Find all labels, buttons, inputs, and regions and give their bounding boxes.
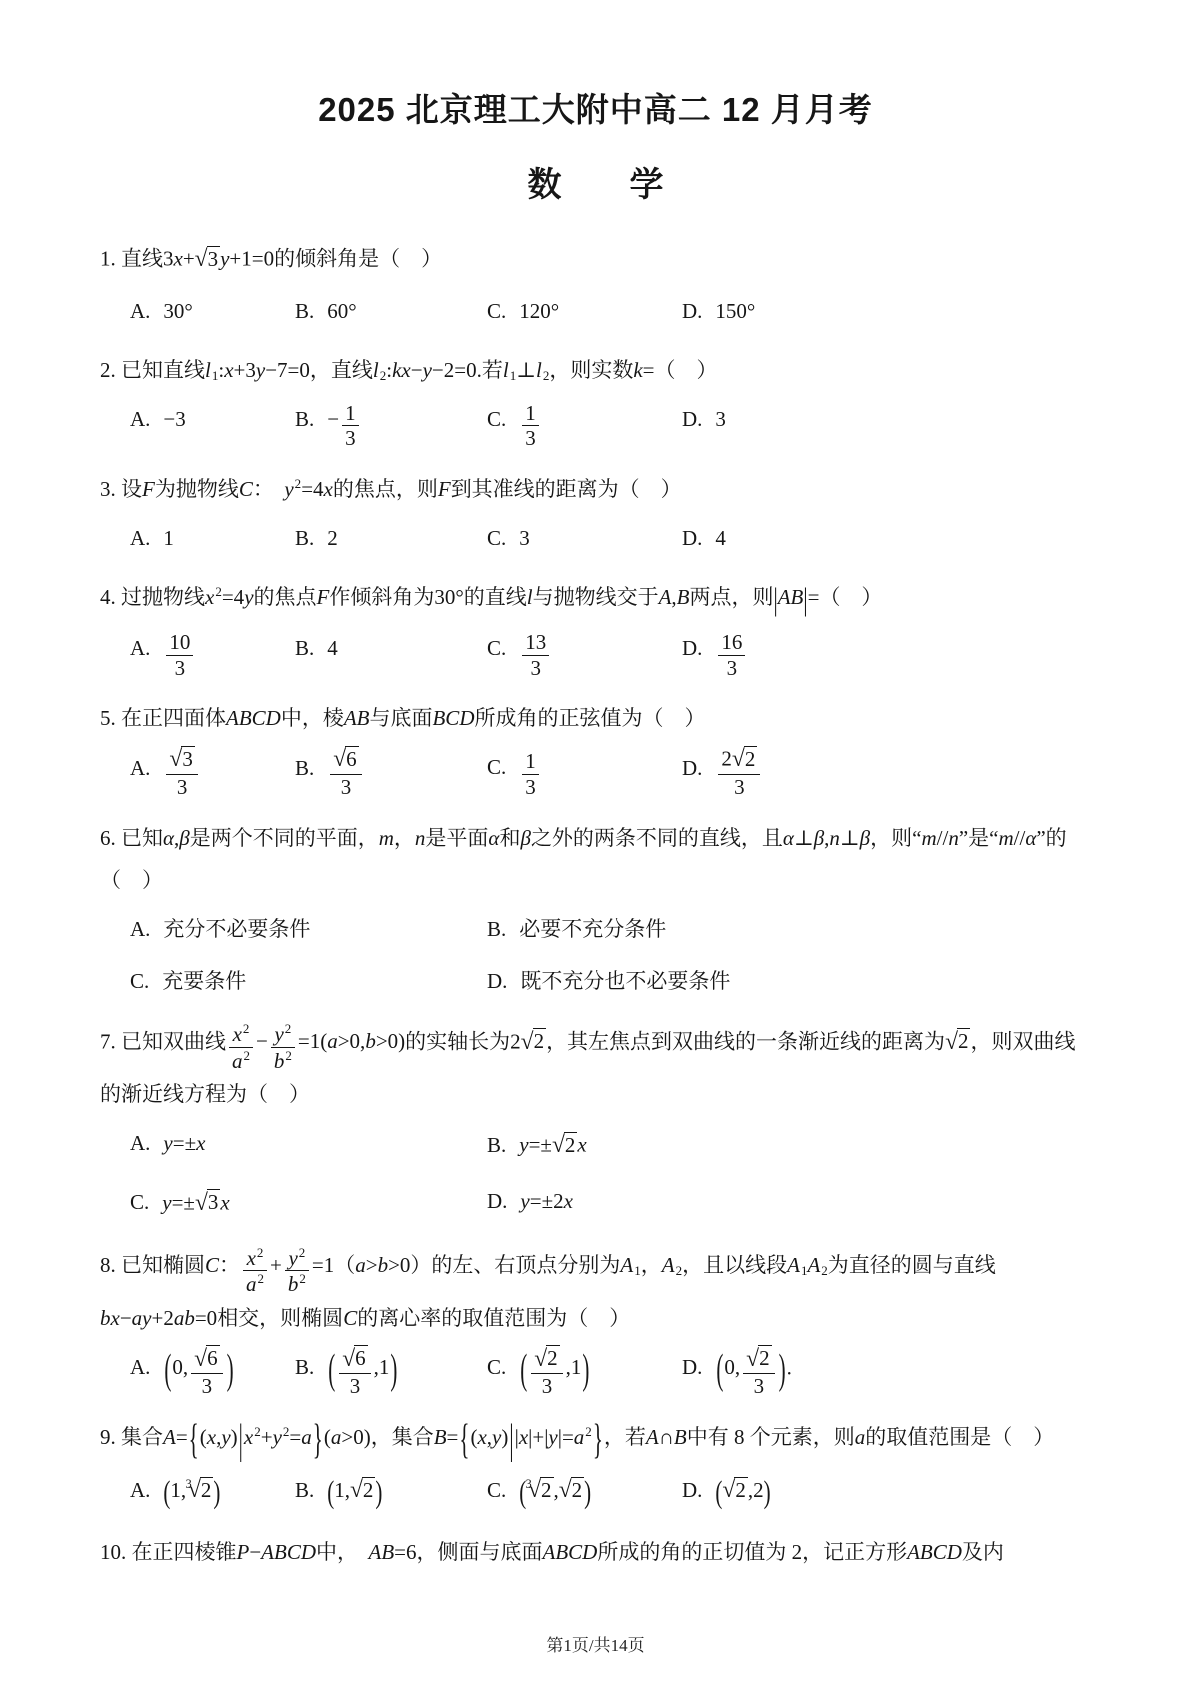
question-5-option-B: B.√63 xyxy=(295,741,487,805)
option-label: C. xyxy=(487,755,506,779)
question-4-option-B: B.4 xyxy=(295,622,487,685)
question-4-option-D: D.163 xyxy=(682,622,1091,685)
option-label: A. xyxy=(130,407,150,431)
option-label: D. xyxy=(682,1355,702,1379)
question-6: 6. 已知α,β是两个不同的平面，m，n是平面α和β之外的两条不同的直线，且α⊥… xyxy=(100,817,1091,1007)
question-2-option-D: D.3 xyxy=(682,393,1091,456)
option-label: C. xyxy=(487,407,506,431)
question-7-option-B: B.y=±√2x xyxy=(487,1117,1091,1174)
question-4: 4. 过抛物线x2=4y的焦点F作倾斜角为30°的直线l与抛物线交于A,B两点，… xyxy=(100,576,1091,685)
question-4-option-C: C.133 xyxy=(487,622,682,685)
question-1-option-D: D.150° xyxy=(682,285,1091,337)
question-2-option-C: C.13 xyxy=(487,393,682,456)
question-list: 1. 直线3x+√3y+1=0的倾斜角是（ ）A.30°B.60°C.120°D… xyxy=(100,236,1091,1573)
option-label: C. xyxy=(487,526,506,550)
question-3-option-A: A.1 xyxy=(130,512,295,564)
question-3-option-C: C.3 xyxy=(487,512,682,564)
question-7: 7. 已知双曲线x2a2−y2b2=1(a>0,b>0)的实轴长为2√2，其左焦… xyxy=(100,1019,1091,1232)
question-7-option-D: D.y=±2x xyxy=(487,1175,1091,1232)
question-1-options: A.30°B.60°C.120°D.150° xyxy=(130,285,1091,337)
option-label: A. xyxy=(130,756,150,780)
question-2-options: A.−3B.−13C.13D.3 xyxy=(130,393,1091,456)
option-label: D. xyxy=(682,407,702,431)
question-8-option-C: C.(√23,1) xyxy=(487,1341,682,1405)
question-4-option-A: A.103 xyxy=(130,622,295,685)
question-5-options: A.√33B.√63C.13D.2√23 xyxy=(130,741,1091,805)
question-3-stem: 3. 设F为抛物线C： y2=4x的焦点，则F到其准线的距离为（ ） xyxy=(100,468,1091,510)
option-label: D. xyxy=(682,636,702,660)
question-4-options: A.103B.4C.133D.163 xyxy=(130,622,1091,685)
question-1-option-C: C.120° xyxy=(487,285,682,337)
option-label: D. xyxy=(682,756,702,780)
option-label: D. xyxy=(682,1478,702,1502)
option-label: B. xyxy=(295,407,314,431)
question-3-option-D: D.4 xyxy=(682,512,1091,564)
option-label: D. xyxy=(487,1189,507,1213)
question-5: 5. 在正四面体ABCD中，棱AB与底面BCD所成角的正弦值为（ ）A.√33B… xyxy=(100,697,1091,805)
option-label: A. xyxy=(130,1478,150,1502)
option-label: B. xyxy=(295,1478,314,1502)
exam-title: 2025 北京理工大附中高二 12 月月考 xyxy=(100,84,1091,131)
question-8: 8. 已知椭圆C：x2a2+y2b2=1（a>b>0）的左、右顶点分别为A1，A… xyxy=(100,1244,1091,1405)
option-label: A. xyxy=(130,917,150,941)
option-label: B. xyxy=(295,526,314,550)
exam-subtitle: 数 学 xyxy=(100,157,1091,206)
option-label: D. xyxy=(682,299,702,323)
question-5-option-D: D.2√23 xyxy=(682,741,1091,805)
question-4-stem: 4. 过抛物线x2=4y的焦点F作倾斜角为30°的直线l与抛物线交于A,B两点，… xyxy=(100,576,1091,620)
option-label: B. xyxy=(487,917,506,941)
question-9-stem: 9. 集合A={(x,y)|x2+y2=a}(a>0)，集合B={(x,y)||… xyxy=(100,1416,1091,1460)
option-label: A. xyxy=(130,1131,150,1155)
question-6-option-B: B.必要不充分条件 xyxy=(487,903,1091,955)
option-label: B. xyxy=(295,299,314,323)
option-label: A. xyxy=(130,1355,150,1379)
question-9-options: A.(1,3√2)B.(1,√2)C.(3√2,√2)D.(√2,2) xyxy=(130,1462,1091,1519)
question-1-option-B: B.60° xyxy=(295,285,487,337)
question-8-options: A.(0,√63)B.(√63,1)C.(√23,1)D.(0,√23). xyxy=(130,1341,1091,1405)
option-label: C. xyxy=(487,1478,506,1502)
option-label: A. xyxy=(130,526,150,550)
question-7-stem: 7. 已知双曲线x2a2−y2b2=1(a>0,b>0)的实轴长为2√2，其左焦… xyxy=(100,1019,1091,1116)
question-8-option-D: D.(0,√23). xyxy=(682,1341,1091,1405)
option-label: C. xyxy=(487,1355,506,1379)
question-1-stem: 1. 直线3x+√3y+1=0的倾斜角是（ ） xyxy=(100,236,1091,283)
question-9-option-C: C.(3√2,√2) xyxy=(487,1462,682,1519)
question-6-option-D: D.既不充分也不必要条件 xyxy=(487,955,1091,1007)
option-label: C. xyxy=(487,299,506,323)
question-2-stem: 2. 已知直线l1:x+3y−7=0，直线l2:kx−y−2=0.若l1⊥l2，… xyxy=(100,349,1091,391)
question-2-option-B: B.−13 xyxy=(295,393,487,456)
question-1-option-A: A.30° xyxy=(130,285,295,337)
option-label: B. xyxy=(295,1355,314,1379)
question-2-option-A: A.−3 xyxy=(130,393,295,456)
question-3-option-B: B.2 xyxy=(295,512,487,564)
option-label: A. xyxy=(130,299,150,323)
question-8-option-B: B.(√63,1) xyxy=(295,1341,487,1405)
exam-sheet: 2025 北京理工大附中高二 12 月月考 数 学 1. 直线3x+√3y+1=… xyxy=(0,0,1191,1573)
option-label: A. xyxy=(130,636,150,660)
page-footer: 第1页/共14页 xyxy=(0,1631,1191,1656)
option-label: B. xyxy=(295,756,314,780)
option-label: D. xyxy=(487,969,507,993)
question-6-stem: 6. 已知α,β是两个不同的平面，m，n是平面α和β之外的两条不同的直线，且α⊥… xyxy=(100,817,1091,901)
question-9: 9. 集合A={(x,y)|x2+y2=a}(a>0)，集合B={(x,y)||… xyxy=(100,1416,1091,1519)
option-label: C. xyxy=(130,1190,149,1214)
question-10-stem: 10. 在正四棱锥P−ABCD中， AB=6，侧面与底面ABCD所成的角的正切值… xyxy=(100,1531,1091,1573)
question-6-option-C: C.充要条件 xyxy=(130,955,487,1007)
question-8-option-A: A.(0,√63) xyxy=(130,1341,295,1405)
question-7-option-C: C.y=±√3x xyxy=(130,1175,487,1232)
option-label: B. xyxy=(487,1133,506,1157)
option-label: B. xyxy=(295,636,314,660)
option-label: C. xyxy=(487,636,506,660)
question-7-option-A: A.y=±x xyxy=(130,1117,487,1174)
question-6-option-A: A.充分不必要条件 xyxy=(130,903,487,955)
question-9-option-A: A.(1,3√2) xyxy=(130,1462,295,1519)
question-10: 10. 在正四棱锥P−ABCD中， AB=6，侧面与底面ABCD所成的角的正切值… xyxy=(100,1531,1091,1573)
question-3-options: A.1B.2C.3D.4 xyxy=(130,512,1091,564)
question-9-option-D: D.(√2,2) xyxy=(682,1462,1091,1519)
question-5-stem: 5. 在正四面体ABCD中，棱AB与底面BCD所成角的正弦值为（ ） xyxy=(100,697,1091,739)
question-1: 1. 直线3x+√3y+1=0的倾斜角是（ ）A.30°B.60°C.120°D… xyxy=(100,236,1091,337)
question-3: 3. 设F为抛物线C： y2=4x的焦点，则F到其准线的距离为（ ）A.1B.2… xyxy=(100,468,1091,564)
question-2: 2. 已知直线l1:x+3y−7=0，直线l2:kx−y−2=0.若l1⊥l2，… xyxy=(100,349,1091,456)
question-8-stem: 8. 已知椭圆C：x2a2+y2b2=1（a>b>0）的左、右顶点分别为A1，A… xyxy=(100,1244,1091,1339)
option-label: C. xyxy=(130,969,149,993)
question-7-options: A.y=±xB.y=±√2xC.y=±√3xD.y=±2x xyxy=(130,1117,1091,1231)
question-5-option-C: C.13 xyxy=(487,741,682,805)
option-label: D. xyxy=(682,526,702,550)
question-5-option-A: A.√33 xyxy=(130,741,295,805)
question-6-options: A.充分不必要条件B.必要不充分条件C.充要条件D.既不充分也不必要条件 xyxy=(130,903,1091,1007)
